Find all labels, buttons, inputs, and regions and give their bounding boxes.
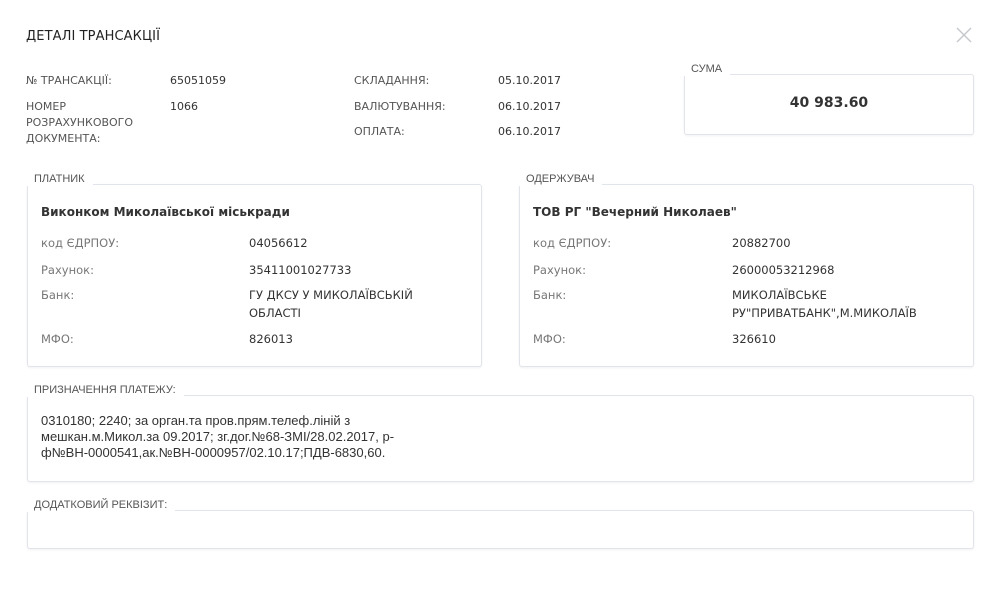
payer-bank-line-2: ОБЛАСТІ [249,305,301,322]
payer-edrpou-value: 04056612 [249,235,308,252]
created-value: 05.10.2017 [498,74,561,88]
payer-name: Виконком Миколаївської міськради [41,205,290,219]
recipient-edrpou-value: 20882700 [732,235,791,252]
recipient-legend: ОДЕРЖУВАЧ [519,172,602,186]
purpose-legend: ПРИЗНАЧЕННЯ ПЛАТЕЖУ: [27,383,184,397]
payment-date-value: 06.10.2017 [498,125,561,139]
dialog-title: ДЕТАЛІ ТРАНСАКЦІЇ [26,29,160,44]
additional-box [27,510,974,549]
payment-date-label: ОПЛАТА: [354,125,405,139]
sum-legend: СУМА [684,62,730,76]
close-button[interactable] [955,26,973,44]
transaction-no-label: № ТРАНСАКЦІЇ: [26,74,112,88]
purpose-box: 0310180; 2240; за орган.та пров.прям.тел… [27,395,974,482]
purpose-line-1: 0310180; 2240; за орган.та пров.прям.тел… [41,413,501,429]
payer-mfo-label: МФО: [41,331,74,348]
created-label: СКЛАДАННЯ: [354,74,429,88]
payer-legend: ПЛАТНИК [27,172,93,186]
value-date-label: ВАЛЮТУВАННЯ: [354,100,446,114]
recipient-edrpou-label: код ЄДРПОУ: [533,235,611,252]
recipient-account-value: 26000053212968 [732,262,834,279]
payer-box: Виконком Миколаївської міськради код ЄДР… [27,184,482,367]
payer-edrpou-label: код ЄДРПОУ: [41,235,119,252]
payer-account-value: 35411001027733 [249,262,351,279]
recipient-bank-line-2: РУ"ПРИВАТБАНК",М.МИКОЛАЇВ [732,305,917,322]
recipient-account-label: Рахунок: [533,262,586,279]
payer-mfo-value: 826013 [249,331,293,348]
sum-value: 40 983.60 [685,95,973,111]
recipient-name: ТОВ РГ "Вечерний Николаев" [533,205,737,219]
purpose-line-3: ф№ВН-0000541,ак.№ВН-0000957/02.10.17;ПДВ… [41,445,501,461]
sum-box: 40 983.60 [684,74,974,135]
recipient-box: ТОВ РГ "Вечерний Николаев" код ЄДРПОУ: 2… [519,184,974,367]
payer-bank-label: Банк: [41,287,74,304]
transaction-no-value: 65051059 [170,74,226,88]
doc-no-label-line-1: НОМЕР [26,100,66,114]
value-date-value: 06.10.2017 [498,100,561,114]
recipient-bank-line-1: МИКОЛАЇВСЬКЕ [732,287,827,304]
recipient-bank-label: Банк: [533,287,566,304]
purpose-line-2: мешкан.м.Микол.за 09.2017; зг.дог.№68-ЗМ… [41,429,501,445]
doc-no-label-line-3: ДОКУМЕНТА: [26,132,100,146]
purpose-text: 0310180; 2240; за орган.та пров.прям.тел… [41,413,501,461]
close-icon [955,26,973,44]
doc-no-value: 1066 [170,100,198,114]
recipient-mfo-value: 326610 [732,331,776,348]
doc-no-label-line-2: РОЗРАХУНКОВОГО [26,116,133,130]
recipient-mfo-label: МФО: [533,331,566,348]
additional-legend: ДОДАТКОВИЙ РЕКВІЗИТ: [27,498,175,512]
payer-account-label: Рахунок: [41,262,94,279]
payer-bank-line-1: ГУ ДКСУ У МИКОЛАЇВСЬКІЙ [249,287,413,304]
